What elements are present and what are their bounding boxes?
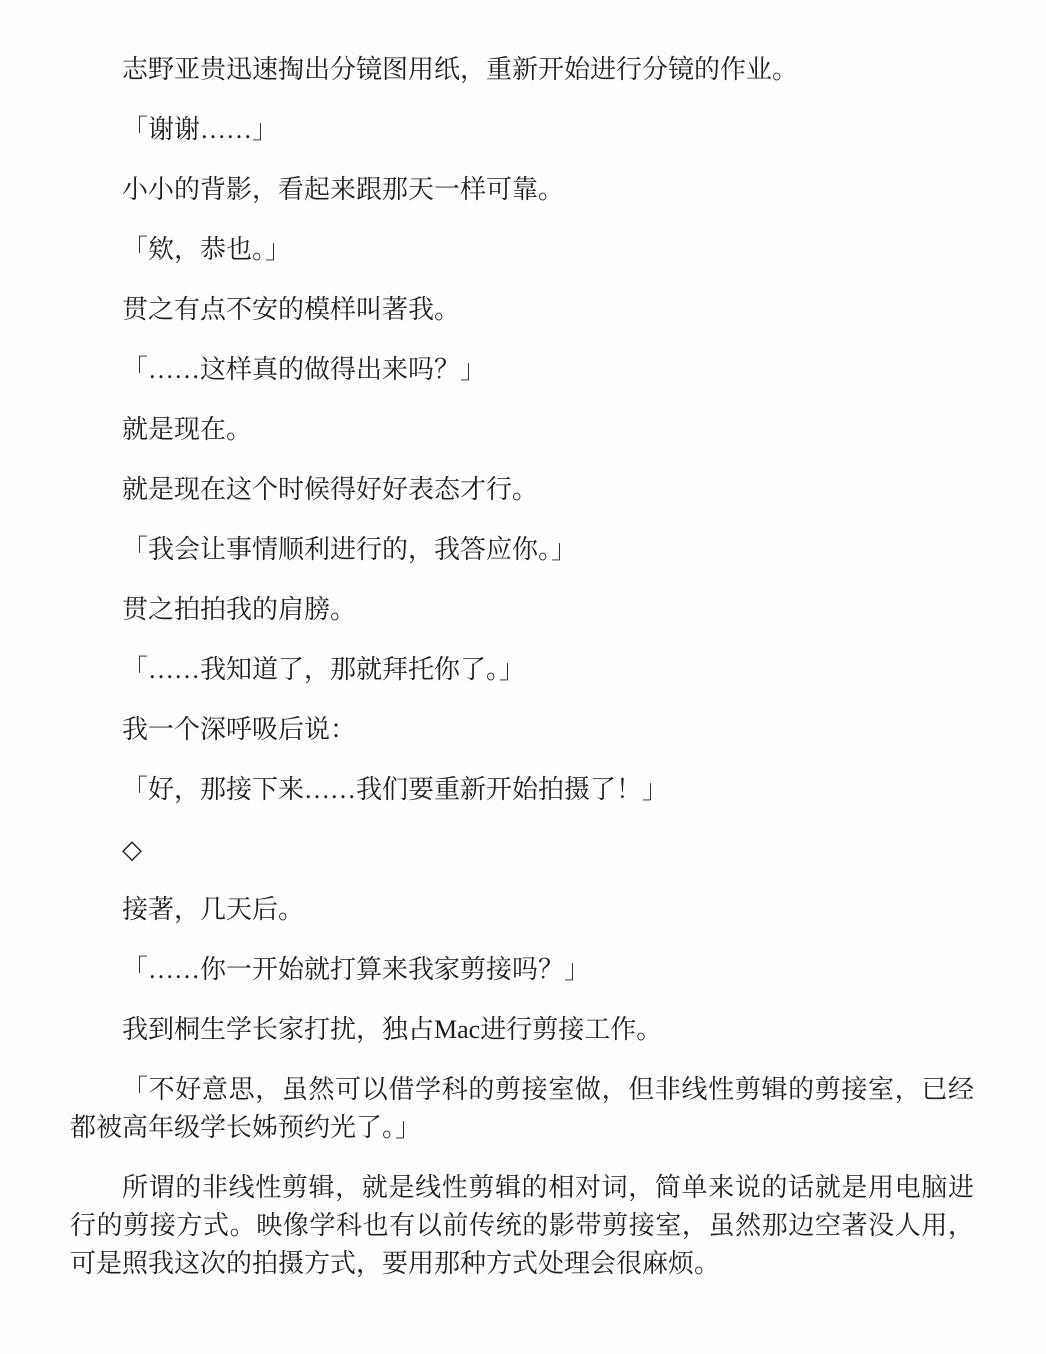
- narration-paragraph: 就是现在这个时候得好好表态才行。: [70, 471, 974, 509]
- narration-paragraph: 贯之拍拍我的肩膀。: [70, 591, 974, 629]
- dialogue-paragraph: 「好，那接下来……我们要重新开始拍摄了！」: [70, 771, 974, 809]
- narration-paragraph: 所谓的非线性剪辑，就是线性剪辑的相对词，简单来说的话就是用电脑进行的剪接方式。映…: [70, 1169, 974, 1283]
- narration-paragraph: 贯之有点不安的模样叫著我。: [70, 291, 974, 329]
- dialogue-paragraph: 「谢谢……」: [70, 111, 974, 149]
- dialogue-paragraph: 「……我知道了，那就拜托你了。」: [70, 651, 974, 689]
- narration-paragraph: 小小的背影，看起来跟那天一样可靠。: [70, 171, 974, 209]
- narration-paragraph: 就是现在。: [70, 411, 974, 449]
- narration-paragraph: 接著，几天后。: [70, 891, 974, 929]
- dialogue-paragraph: 「……你一开始就打算来我家剪接吗？」: [70, 951, 974, 989]
- dialogue-paragraph: 「……这样真的做得出来吗？」: [70, 351, 974, 389]
- dialogue-paragraph: 「欸，恭也。」: [70, 231, 974, 269]
- scene-divider-diamond-icon: ◇: [70, 831, 974, 869]
- reader-page: 志野亚贵迅速掏出分镜图用纸，重新开始进行分镜的作业。 「谢谢……」 小小的背影，…: [0, 0, 1046, 1354]
- narration-paragraph: 志野亚贵迅速掏出分镜图用纸，重新开始进行分镜的作业。: [70, 51, 974, 89]
- dialogue-paragraph: 「我会让事情顺利进行的，我答应你。」: [70, 531, 974, 569]
- dialogue-paragraph: 「不好意思，虽然可以借学科的剪接室做，但非线性剪辑的剪接室，已经都被高年级学长姊…: [70, 1071, 974, 1147]
- narration-paragraph: 我到桐生学长家打扰，独占Mac进行剪接工作。: [70, 1011, 974, 1049]
- narration-paragraph: 我一个深呼吸后说：: [70, 711, 974, 749]
